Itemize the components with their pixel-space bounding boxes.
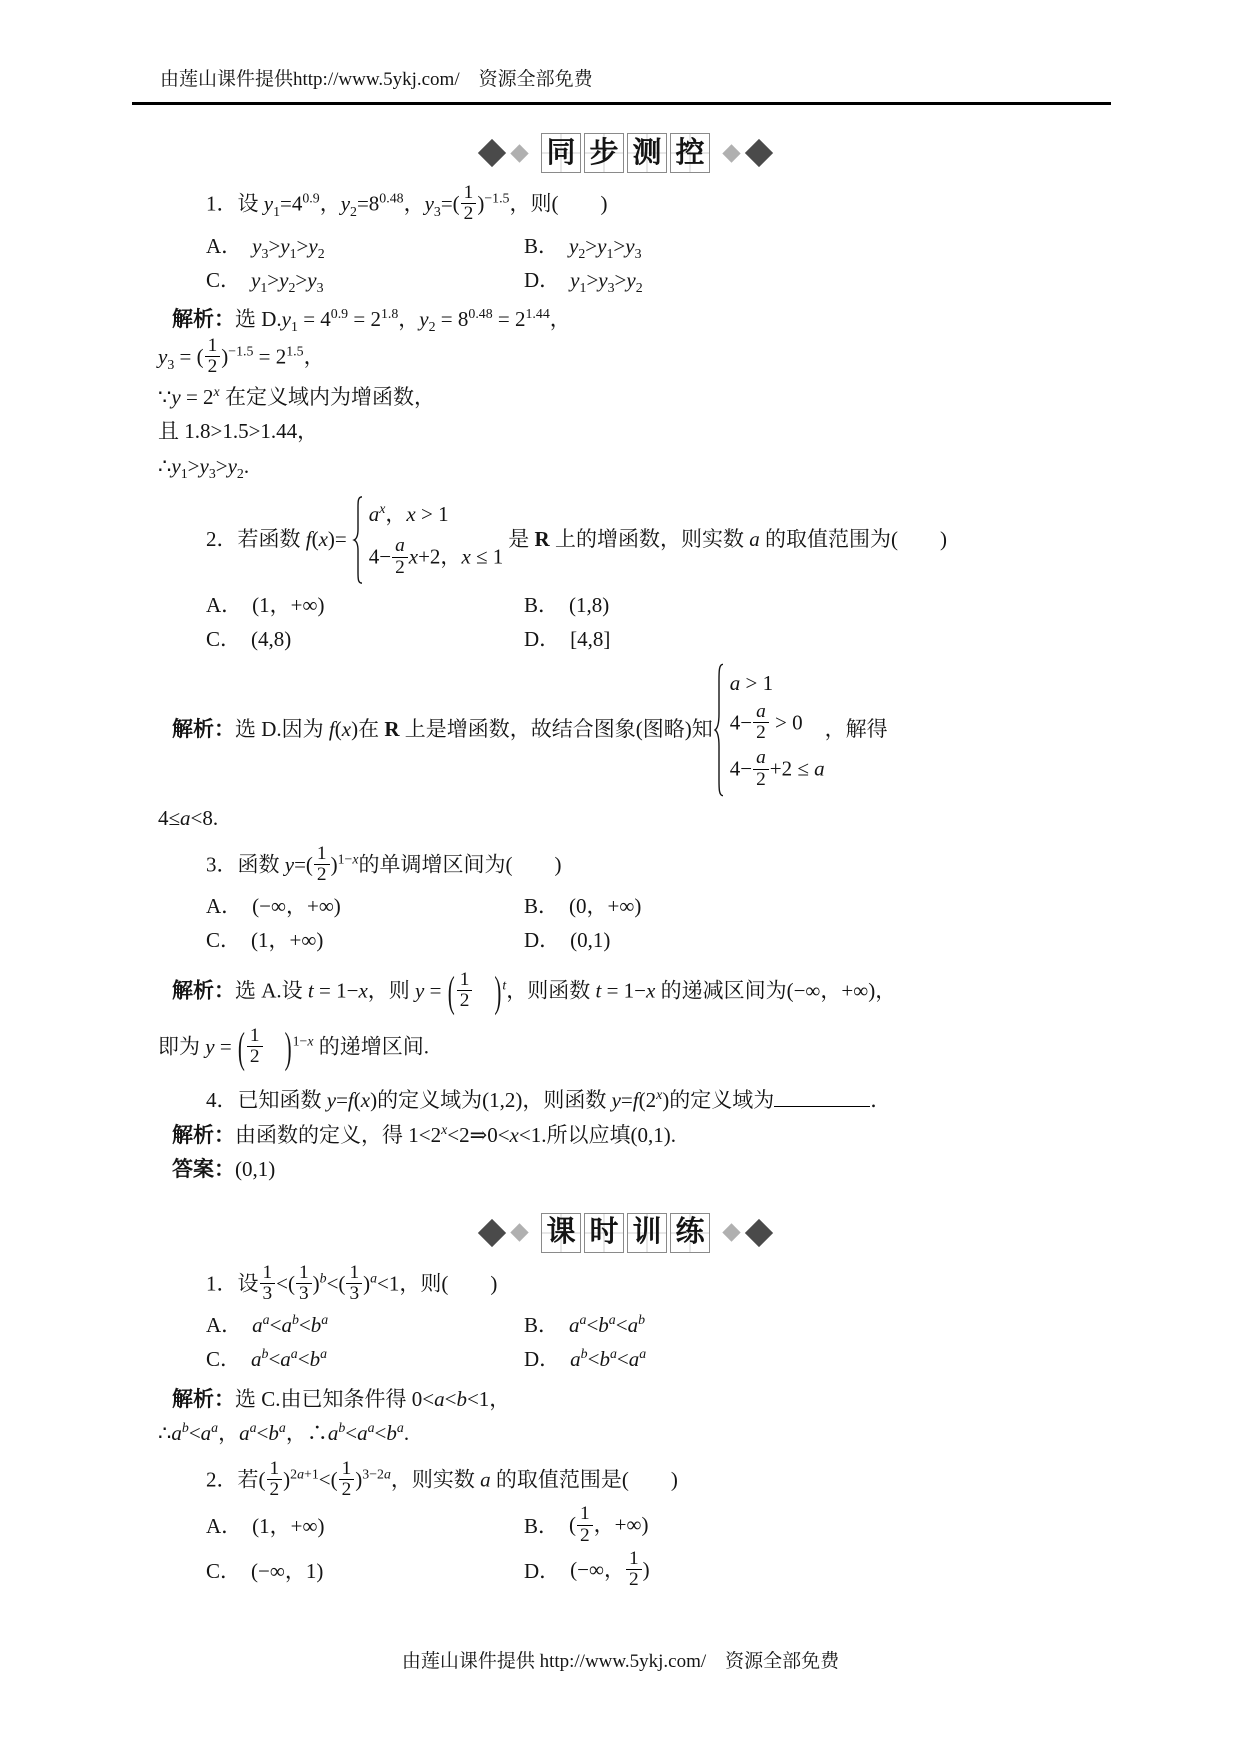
analysis-line: 解析：选 C.由已知条件得 0<a<b<1， bbox=[158, 1384, 1093, 1415]
analysis-line: 解析：选 D.y1 = 40.9 = 21.8，y2 = 80.48 = 21.… bbox=[158, 304, 1093, 335]
option-label: D． bbox=[524, 624, 560, 655]
option-text: (−∞，12) bbox=[570, 1551, 649, 1593]
option-b: B． (12，+∞) bbox=[524, 1506, 1093, 1548]
lesson-problem-1-options: A． aa<ab<ba B． aa<ba<ab C． ab<aa<ba D． a… bbox=[158, 1310, 1093, 1375]
system-rows: a > 1 4−a2 > 0 4−a2+2 ≤ a bbox=[730, 668, 825, 792]
banner-char: 同 bbox=[541, 133, 581, 173]
option-c: C． (4,8) bbox=[206, 624, 524, 655]
answer-line: 答案：(0,1) bbox=[158, 1154, 1093, 1185]
option-text: (1,8) bbox=[569, 590, 609, 621]
system-row: 4−a2 > 0 bbox=[730, 704, 803, 746]
document-page: 由莲山课件提供http://www.5ykj.com/ 资源全部免费 同 步 测… bbox=[0, 0, 1241, 1754]
system-row: a > 1 bbox=[730, 668, 773, 699]
option-label: A． bbox=[206, 590, 242, 621]
option-text: y3>y1>y2 bbox=[252, 231, 324, 262]
option-label: C． bbox=[206, 624, 241, 655]
analysis-prefix: 解析：选 D.因为 f(x)在 R 上是增函数，故结合图象(图略)知 bbox=[172, 714, 713, 745]
option-c: C． (−∞，1) bbox=[206, 1551, 524, 1593]
sync-problem-3-stem: 3．函数 y=(12)1−x的单调增区间为( ) bbox=[158, 846, 1093, 888]
option-text: (0，+∞) bbox=[569, 891, 641, 922]
analysis-suffix: ，解得 bbox=[825, 714, 888, 745]
option-label: C． bbox=[206, 265, 241, 296]
option-label: B． bbox=[524, 231, 559, 262]
sync-problem-2-options: A． (1，+∞) B． (1,8) C． (4,8) D． [4,8] bbox=[158, 590, 1093, 655]
option-b: B． (0，+∞) bbox=[524, 891, 1093, 922]
option-label: B． bbox=[524, 1511, 559, 1542]
piecewise-case: ax，x > 1 bbox=[369, 499, 449, 530]
analysis-line: ∴y1>y3>y2. bbox=[158, 451, 1093, 482]
option-d: D． (−∞，12) bbox=[524, 1551, 1093, 1593]
option-a: A． y3>y1>y2 bbox=[206, 231, 524, 262]
option-c: C． y1>y2>y3 bbox=[206, 265, 524, 296]
sync-problem-2-analysis: 解析：选 D.因为 f(x)在 R 上是增函数，故结合图象(图略)知 a > 1… bbox=[158, 663, 1093, 797]
section-banner-sync: 同 步 测 控 bbox=[158, 133, 1093, 173]
stem-prefix: 2．若函数 f(x)= bbox=[206, 524, 347, 555]
option-text: ab<ba<aa bbox=[570, 1344, 646, 1375]
option-d: D． (0,1) bbox=[524, 925, 1093, 956]
option-label: C． bbox=[206, 1556, 241, 1587]
option-text: aa<ab<ba bbox=[252, 1310, 328, 1341]
analysis-result: 4≤a<8. bbox=[158, 803, 1093, 834]
banner-char: 练 bbox=[670, 1213, 710, 1253]
option-label: C． bbox=[206, 1344, 241, 1375]
option-b: B． (1,8) bbox=[524, 590, 1093, 621]
page-footer: 由莲山课件提供 http://www.5ykj.com/ 资源全部免费 bbox=[0, 1648, 1241, 1676]
option-text: y2>y1>y3 bbox=[569, 231, 641, 262]
analysis-line: 即为 y = (12)1−x 的递增区间. bbox=[158, 1028, 1093, 1070]
option-text: ab<aa<ba bbox=[251, 1344, 327, 1375]
banner-char: 控 bbox=[670, 133, 710, 173]
diamond-icon bbox=[745, 1219, 773, 1247]
lesson-problem-2-stem: 2．若(12)2a+1<(12)3−2a，则实数 a 的取值范围是( ) bbox=[158, 1461, 1093, 1503]
banner-char: 训 bbox=[627, 1213, 667, 1253]
option-c: C． ab<aa<ba bbox=[206, 1344, 524, 1375]
lesson-problem-2-options: A． (1，+∞) B． (12，+∞) C． (−∞，1) D． (−∞，12… bbox=[158, 1506, 1093, 1592]
option-a: A． (1，+∞) bbox=[206, 590, 524, 621]
option-text: (1，+∞) bbox=[251, 925, 323, 956]
option-d: D． ab<ba<aa bbox=[524, 1344, 1093, 1375]
option-text: (−∞，+∞) bbox=[252, 891, 341, 922]
sync-problem-4-stem: 4．已知函数 y=f(x)的定义域为(1,2)，则函数 y=f(2x)的定义域为… bbox=[158, 1085, 1093, 1116]
option-text: [4,8] bbox=[570, 624, 610, 655]
option-label: A． bbox=[206, 891, 242, 922]
option-d: D． y1>y3>y2 bbox=[524, 265, 1093, 296]
option-text: y1>y2>y3 bbox=[251, 265, 323, 296]
banner-char: 时 bbox=[584, 1213, 624, 1253]
piecewise-function: ax，x > 1 4−a2x+2，x ≤ 1 bbox=[352, 496, 504, 584]
option-b: B． aa<ba<ab bbox=[524, 1310, 1093, 1341]
option-label: A． bbox=[206, 1310, 242, 1341]
analysis-line: ∴ab<aa，aa<ba，∴ab<aa<ba. bbox=[158, 1418, 1093, 1449]
option-c: C． (1，+∞) bbox=[206, 925, 524, 956]
banner-title: 同 步 测 控 bbox=[541, 133, 710, 173]
inequality-system: a > 1 4−a2 > 0 4−a2+2 ≤ a bbox=[713, 663, 825, 797]
sync-problem-2-stem: 2．若函数 f(x)= ax，x > 1 4−a2x+2，x ≤ 1 是 R 上… bbox=[158, 496, 1093, 584]
piecewise-cases: ax，x > 1 4−a2x+2，x ≤ 1 bbox=[369, 499, 504, 580]
left-brace-icon bbox=[713, 663, 725, 797]
option-text: (−∞，1) bbox=[251, 1556, 323, 1587]
option-text: y1>y3>y2 bbox=[570, 265, 642, 296]
option-text: aa<ba<ab bbox=[569, 1310, 645, 1341]
diamond-icon bbox=[478, 139, 506, 167]
option-label: D． bbox=[524, 1556, 560, 1587]
option-label: D． bbox=[524, 925, 560, 956]
banner-char: 测 bbox=[627, 133, 667, 173]
option-text: (4,8) bbox=[251, 624, 291, 655]
header-text: 由莲山课件提供http://www.5ykj.com/ 资源全部免费 bbox=[160, 69, 593, 90]
left-brace-icon bbox=[352, 496, 364, 584]
option-label: B． bbox=[524, 891, 559, 922]
banner-char: 课 bbox=[541, 1213, 581, 1253]
diamond-icon bbox=[478, 1219, 506, 1247]
sync-problem-1-stem: 1．设 y1=40.9，y2=80.48，y3=(12)−1.5，则( ) bbox=[158, 185, 1093, 227]
option-text: (1，+∞) bbox=[252, 1511, 324, 1542]
option-label: A． bbox=[206, 231, 242, 262]
option-text: (1，+∞) bbox=[252, 590, 324, 621]
diamond-icon bbox=[510, 144, 528, 162]
option-label: D． bbox=[524, 265, 560, 296]
lesson-problem-1-stem: 1．设13<(13)b<(13)a<1，则( ) bbox=[158, 1265, 1093, 1307]
sync-problem-1-options: A． y3>y1>y2 B． y2>y1>y3 C． y1>y2>y3 D． y… bbox=[158, 231, 1093, 296]
analysis-line: 解析：选 A.设 t = 1−x，则 y = (12)t，则函数 t = 1−x… bbox=[158, 972, 1093, 1014]
option-b: B． y2>y1>y3 bbox=[524, 231, 1093, 262]
option-d: D． [4,8] bbox=[524, 624, 1093, 655]
option-label: D． bbox=[524, 1344, 560, 1375]
diamond-icon bbox=[722, 1224, 740, 1242]
analysis-line: 且 1.8>1.5>1.44， bbox=[158, 416, 1093, 447]
system-row: 4−a2+2 ≤ a bbox=[730, 750, 825, 792]
analysis-line: ∵y = 2x 在定义域内为增函数， bbox=[158, 382, 1093, 413]
page-header: 由莲山课件提供http://www.5ykj.com/ 资源全部免费 bbox=[132, 66, 1111, 105]
banner-char: 步 bbox=[584, 133, 624, 173]
document-content: 同 步 测 控 1．设 y1=40.9，y2=80.48，y3=(12)−1.5… bbox=[158, 133, 1093, 1592]
footer-text: 由莲山课件提供 http://www.5ykj.com/ 资源全部免费 bbox=[402, 1651, 839, 1672]
diamond-icon bbox=[510, 1224, 528, 1242]
option-a: A． (1，+∞) bbox=[206, 1506, 524, 1548]
section-banner-lesson: 课 时 训 练 bbox=[158, 1213, 1093, 1253]
option-a: A． (−∞，+∞) bbox=[206, 891, 524, 922]
piecewise-case: 4−a2x+2，x ≤ 1 bbox=[369, 538, 504, 580]
analysis-line: 解析：由函数的定义，得 1<2x<2⇒0<x<1.所以应填(0,1). bbox=[158, 1120, 1093, 1151]
option-label: B． bbox=[524, 1310, 559, 1341]
option-text: (0,1) bbox=[570, 925, 610, 956]
sync-problem-3-options: A． (−∞，+∞) B． (0，+∞) C． (1，+∞) D． (0,1) bbox=[158, 891, 1093, 956]
banner-title: 课 时 训 练 bbox=[541, 1213, 710, 1253]
option-label: B． bbox=[524, 590, 559, 621]
option-label: C． bbox=[206, 925, 241, 956]
option-a: A． aa<ab<ba bbox=[206, 1310, 524, 1341]
option-text: (12，+∞) bbox=[569, 1506, 648, 1548]
diamond-icon bbox=[745, 139, 773, 167]
option-label: A． bbox=[206, 1511, 242, 1542]
stem-suffix: 是 R 上的增函数，则实数 a 的取值范围为( ) bbox=[508, 524, 947, 555]
diamond-icon bbox=[722, 144, 740, 162]
analysis-line: y3 = (12)−1.5 = 21.5， bbox=[158, 338, 1093, 380]
